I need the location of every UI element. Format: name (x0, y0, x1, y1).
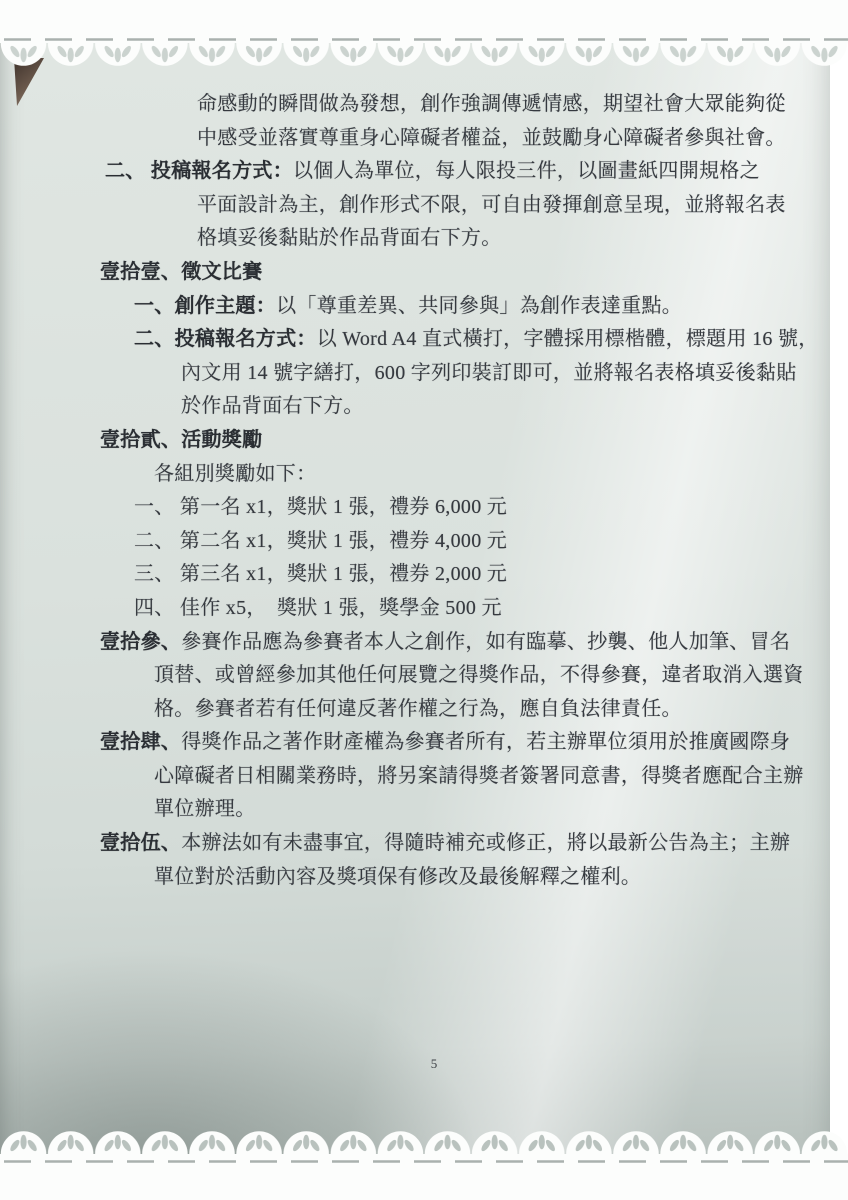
doc-line: 格填妥後黏貼於作品背面右下方。 (197, 222, 826, 256)
lace-bottom-svg (0, 1118, 848, 1200)
lace-border-bottom (0, 1118, 848, 1200)
doc-line-heading: 壹拾參、 (100, 631, 181, 653)
doc-line: 一、 第一名 x1，獎狀 1 張，禮券 6,000 元 (134, 491, 826, 525)
doc-line: 心障礙者日相關業務時，將另案請得獎者簽署同意書，得獎者應配合主辦 (154, 760, 826, 794)
doc-line-text: 以 Word A4 直式橫打，字體採用標楷體，標題用 16 號， (317, 328, 819, 350)
doc-line: 壹拾貳、活動獎勵 (100, 424, 826, 458)
doc-line: 內文用 14 號字繕打，600 字列印裝訂即可，並將報名表格填妥後黏貼 (181, 357, 826, 391)
doc-line: 中感受並落實尊重身心障礙者權益，並鼓勵身心障礙者參與社會。 (197, 122, 826, 156)
doc-line-text: 二、 第二名 x1，獎狀 1 張，禮券 4,000 元 (134, 530, 507, 552)
doc-line: 三、 第三名 x1，獎狀 1 張，禮券 2,000 元 (134, 558, 826, 592)
doc-line-text: 單位對於活動內容及獎項保有修改及最後解釋之權利。 (154, 866, 641, 888)
doc-line-heading: 壹拾肆、 (100, 731, 181, 753)
doc-line-text: 命感動的瞬間做為發想，創作強調傳遞情感，期望社會大眾能夠從 (197, 93, 786, 115)
doc-line: 頂替、或曾經參加其他任何展覽之得獎作品，不得參賽，違者取消入選資 (154, 659, 826, 693)
doc-line: 平面設計為主，創作形式不限，可自由發揮創意呈現，並將報名表 (197, 189, 826, 223)
doc-line-heading: 壹拾貳、活動獎勵 (100, 429, 262, 451)
doc-line-heading: 二、 投稿報名方式： (105, 160, 293, 182)
doc-line: 一、創作主題：以「尊重差異、共同參與」為創作表達重點。 (134, 290, 826, 324)
doc-line-text: 平面設計為主，創作形式不限，可自由發揮創意呈現，並將報名表 (197, 194, 786, 216)
doc-line: 命感動的瞬間做為發想，創作強調傳遞情感，期望社會大眾能夠從 (197, 88, 826, 122)
doc-line-text: 單位辦理。 (154, 798, 256, 820)
doc-line: 二、 第二名 x1，獎狀 1 張，禮券 4,000 元 (134, 525, 826, 559)
doc-line-text: 一、 第一名 x1，獎狀 1 張，禮券 6,000 元 (134, 496, 507, 518)
doc-line-text: 以個人為單位，每人限投三件，以圖畫紙四開規格之 (293, 160, 760, 182)
doc-line-text: 三、 第三名 x1，獎狀 1 張，禮券 2,000 元 (134, 563, 507, 585)
doc-line-text: 四、 佳作 x5， 獎狀 1 張，獎學金 500 元 (134, 597, 502, 619)
lace-border-top (0, 0, 848, 70)
lace-top-svg (0, 0, 848, 70)
doc-line: 四、 佳作 x5， 獎狀 1 張，獎學金 500 元 (134, 592, 826, 626)
doc-line-text: 於作品背面右下方。 (181, 395, 364, 417)
doc-line: 於作品背面右下方。 (181, 390, 826, 424)
doc-line: 單位對於活動內容及獎項保有修改及最後解釋之權利。 (154, 861, 826, 895)
doc-line-text: 中感受並落實尊重身心障礙者權益，並鼓勵身心障礙者參與社會。 (197, 127, 786, 149)
doc-line: 二、投稿報名方式：以 Word A4 直式橫打，字體採用標楷體，標題用 16 號… (134, 323, 826, 357)
doc-line-text: 得獎作品之著作財產權為參賽者所有，若主辦單位須用於推廣國際身 (181, 731, 790, 753)
doc-line: 二、 投稿報名方式：以個人為單位，每人限投三件，以圖畫紙四開規格之 (105, 155, 826, 189)
doc-line: 格。參賽者若有任何違反著作權之行為，應自負法律責任。 (154, 693, 826, 727)
doc-line-heading: 二、投稿報名方式： (134, 328, 317, 350)
doc-line: 各組別獎勵如下： (154, 458, 826, 492)
doc-line-text: 以「尊重差異、共同參與」為創作表達重點。 (276, 295, 682, 317)
doc-line: 壹拾伍、本辦法如有未盡事宜，得隨時補充或修正，將以最新公告為主；主辦 (100, 827, 826, 861)
doc-line: 單位辦理。 (154, 793, 826, 827)
document-text: 命感動的瞬間做為發想，創作強調傳遞情感，期望社會大眾能夠從中感受並落實尊重身心障… (100, 88, 826, 894)
page-number: 5 (424, 1056, 444, 1072)
doc-line-heading: 壹拾壹、徵文比賽 (100, 261, 262, 283)
doc-line-text: 參賽作品應為參賽者本人之創作，如有臨摹、抄襲、他人加筆、冒名 (181, 631, 790, 653)
doc-line-text: 本辦法如有未盡事宜，得隨時補充或修正，將以最新公告為主；主辦 (181, 832, 790, 854)
doc-line-heading: 壹拾伍、 (100, 832, 181, 854)
doc-line-text: 內文用 14 號字繕打，600 字列印裝訂即可，並將報名表格填妥後黏貼 (181, 362, 797, 384)
doc-line-text: 頂替、或曾經參加其他任何展覽之得獎作品，不得參賽，違者取消入選資 (154, 664, 804, 686)
doc-line-text: 各組別獎勵如下： (154, 463, 316, 485)
doc-line: 壹拾參、參賽作品應為參賽者本人之創作，如有臨摹、抄襲、他人加筆、冒名 (100, 626, 826, 660)
doc-line: 壹拾壹、徵文比賽 (100, 256, 826, 290)
doc-line: 壹拾肆、得獎作品之著作財產權為參賽者所有，若主辦單位須用於推廣國際身 (100, 726, 826, 760)
doc-line-text: 格填妥後黏貼於作品背面右下方。 (197, 227, 502, 249)
doc-line-text: 心障礙者日相關業務時，將另案請得獎者簽署同意書，得獎者應配合主辦 (154, 765, 804, 787)
document-photo: 命感動的瞬間做為發想，創作強調傳遞情感，期望社會大眾能夠從中感受並落實尊重身心障… (0, 0, 848, 1200)
doc-line-heading: 一、創作主題： (134, 295, 276, 317)
doc-line-text: 格。參賽者若有任何違反著作權之行為，應自負法律責任。 (154, 698, 682, 720)
